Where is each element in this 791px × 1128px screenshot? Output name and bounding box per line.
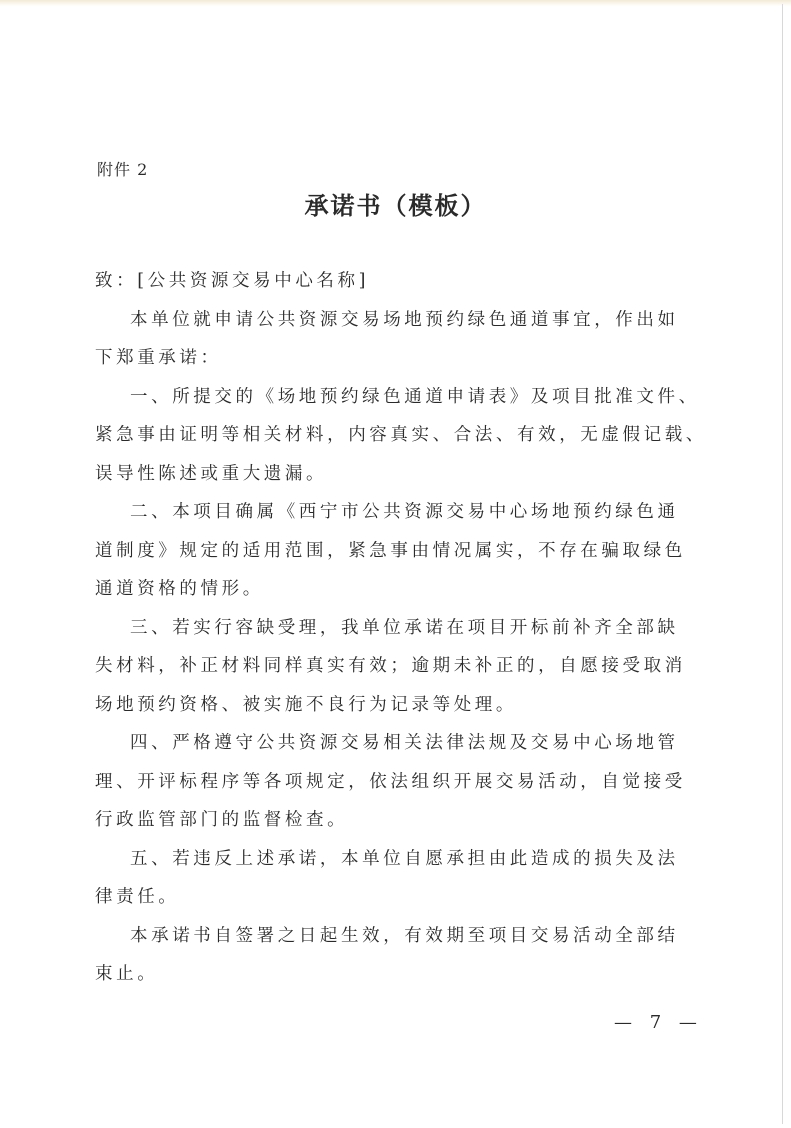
attachment-label: 附件 2 [97, 157, 148, 180]
paragraph-line: 一、所提交的《场地预约绿色通道申请表》及项目批准文件、 [95, 378, 695, 417]
paragraph-line: 二、本项目确属《西宁市公共资源交易中心场地预约绿色通 [95, 493, 695, 532]
addressee: 致：[公共资源交易中心名称] [95, 262, 695, 301]
paragraph-line: 三、若实行容缺受理，我单位承诺在项目开标前补齐全部缺 [95, 609, 695, 648]
paragraph-line: 紧急事由证明等相关材料，内容真实、合法、有效，无虚假记载、 [95, 416, 695, 455]
paragraph-line: 道制度》规定的适用范围，紧急事由情况属实，不存在骗取绿色 [95, 532, 695, 571]
paragraph-line: 行政监管部门的监督检查。 [95, 801, 695, 840]
document-body: 致：[公共资源交易中心名称] 本单位就申请公共资源交易场地预约绿色通道事宜，作出… [95, 262, 695, 994]
paragraph-line: 本承诺书自签署之日起生效，有效期至项目交易活动全部结 [95, 917, 695, 956]
paragraph-line: 四、严格遵守公共资源交易相关法律法规及交易中心场地管 [95, 724, 695, 763]
page-top-edge [0, 0, 791, 6]
paragraph-line: 理、开评标程序等各项规定，依法组织开展交易活动，自觉接受 [95, 763, 695, 802]
page-right-edge [782, 4, 783, 1124]
paragraph-line: 通道资格的情形。 [95, 570, 695, 609]
paragraph-line: 下郑重承诺： [95, 339, 695, 378]
page-number: — 7 — [614, 1012, 703, 1033]
paragraph-line: 本单位就申请公共资源交易场地预约绿色通道事宜，作出如 [95, 301, 695, 340]
document-title: 承诺书（模板） [0, 186, 791, 221]
paragraph-line: 失材料，补正材料同样真实有效；逾期未补正的，自愿接受取消 [95, 647, 695, 686]
paragraph-line: 场地预约资格、被实施不良行为记录等处理。 [95, 686, 695, 725]
paragraph-line: 束止。 [95, 955, 695, 994]
paragraph-line: 律责任。 [95, 878, 695, 917]
paragraph-line: 误导性陈述或重大遗漏。 [95, 455, 695, 494]
paragraph-line: 五、若违反上述承诺，本单位自愿承担由此造成的损失及法 [95, 840, 695, 879]
